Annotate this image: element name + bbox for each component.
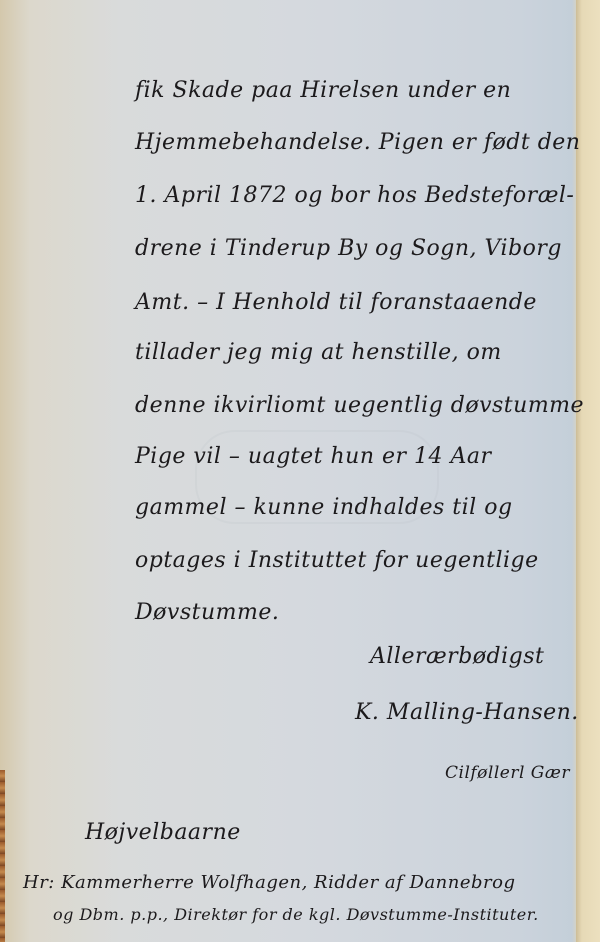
body-line: Amt. – I Henhold til foranstaaende: [135, 290, 537, 315]
scanned-letter: fik Skade paa Hirelsen under en Hjemmebe…: [0, 0, 600, 942]
body-line: gammel – kunne indhaldes til og: [135, 495, 513, 520]
body-line: denne ikvirliomt uegentlig døvstumme: [135, 393, 584, 418]
addressee-line: og Dbm. p.p., Direktør for de kgl. Døvst…: [53, 905, 539, 924]
signature: K. Malling-Hansen.: [355, 700, 579, 725]
letter-page: fik Skade paa Hirelsen under en Hjemmebe…: [5, 0, 576, 942]
addressee-line: Hr: Kammerherre Wolfhagen, Ridder af Dan…: [23, 872, 516, 893]
body-line: tillader jeg mig at henstille, om: [135, 340, 502, 365]
body-line: Pige vil – uagtet hun er 14 Aar: [135, 444, 492, 469]
annotation: Cilføllerl Gær: [445, 763, 570, 783]
body-line: Døvstumme.: [135, 600, 279, 625]
body-line: drene i Tinderup By og Sogn, Viborg: [135, 236, 562, 261]
closing-salutation: Allerærbødigst: [370, 644, 544, 669]
body-line: 1. April 1872 og bor hos Bedsteforæl-: [135, 183, 574, 208]
body-line: Hjemmebehandelse. Pigen er født den: [135, 130, 580, 155]
body-line: fik Skade paa Hirelsen under en: [135, 78, 511, 103]
addressee-honorific: Højvelbaarne: [85, 820, 241, 845]
body-line: optages i Instituttet for uegentlige: [135, 548, 539, 573]
